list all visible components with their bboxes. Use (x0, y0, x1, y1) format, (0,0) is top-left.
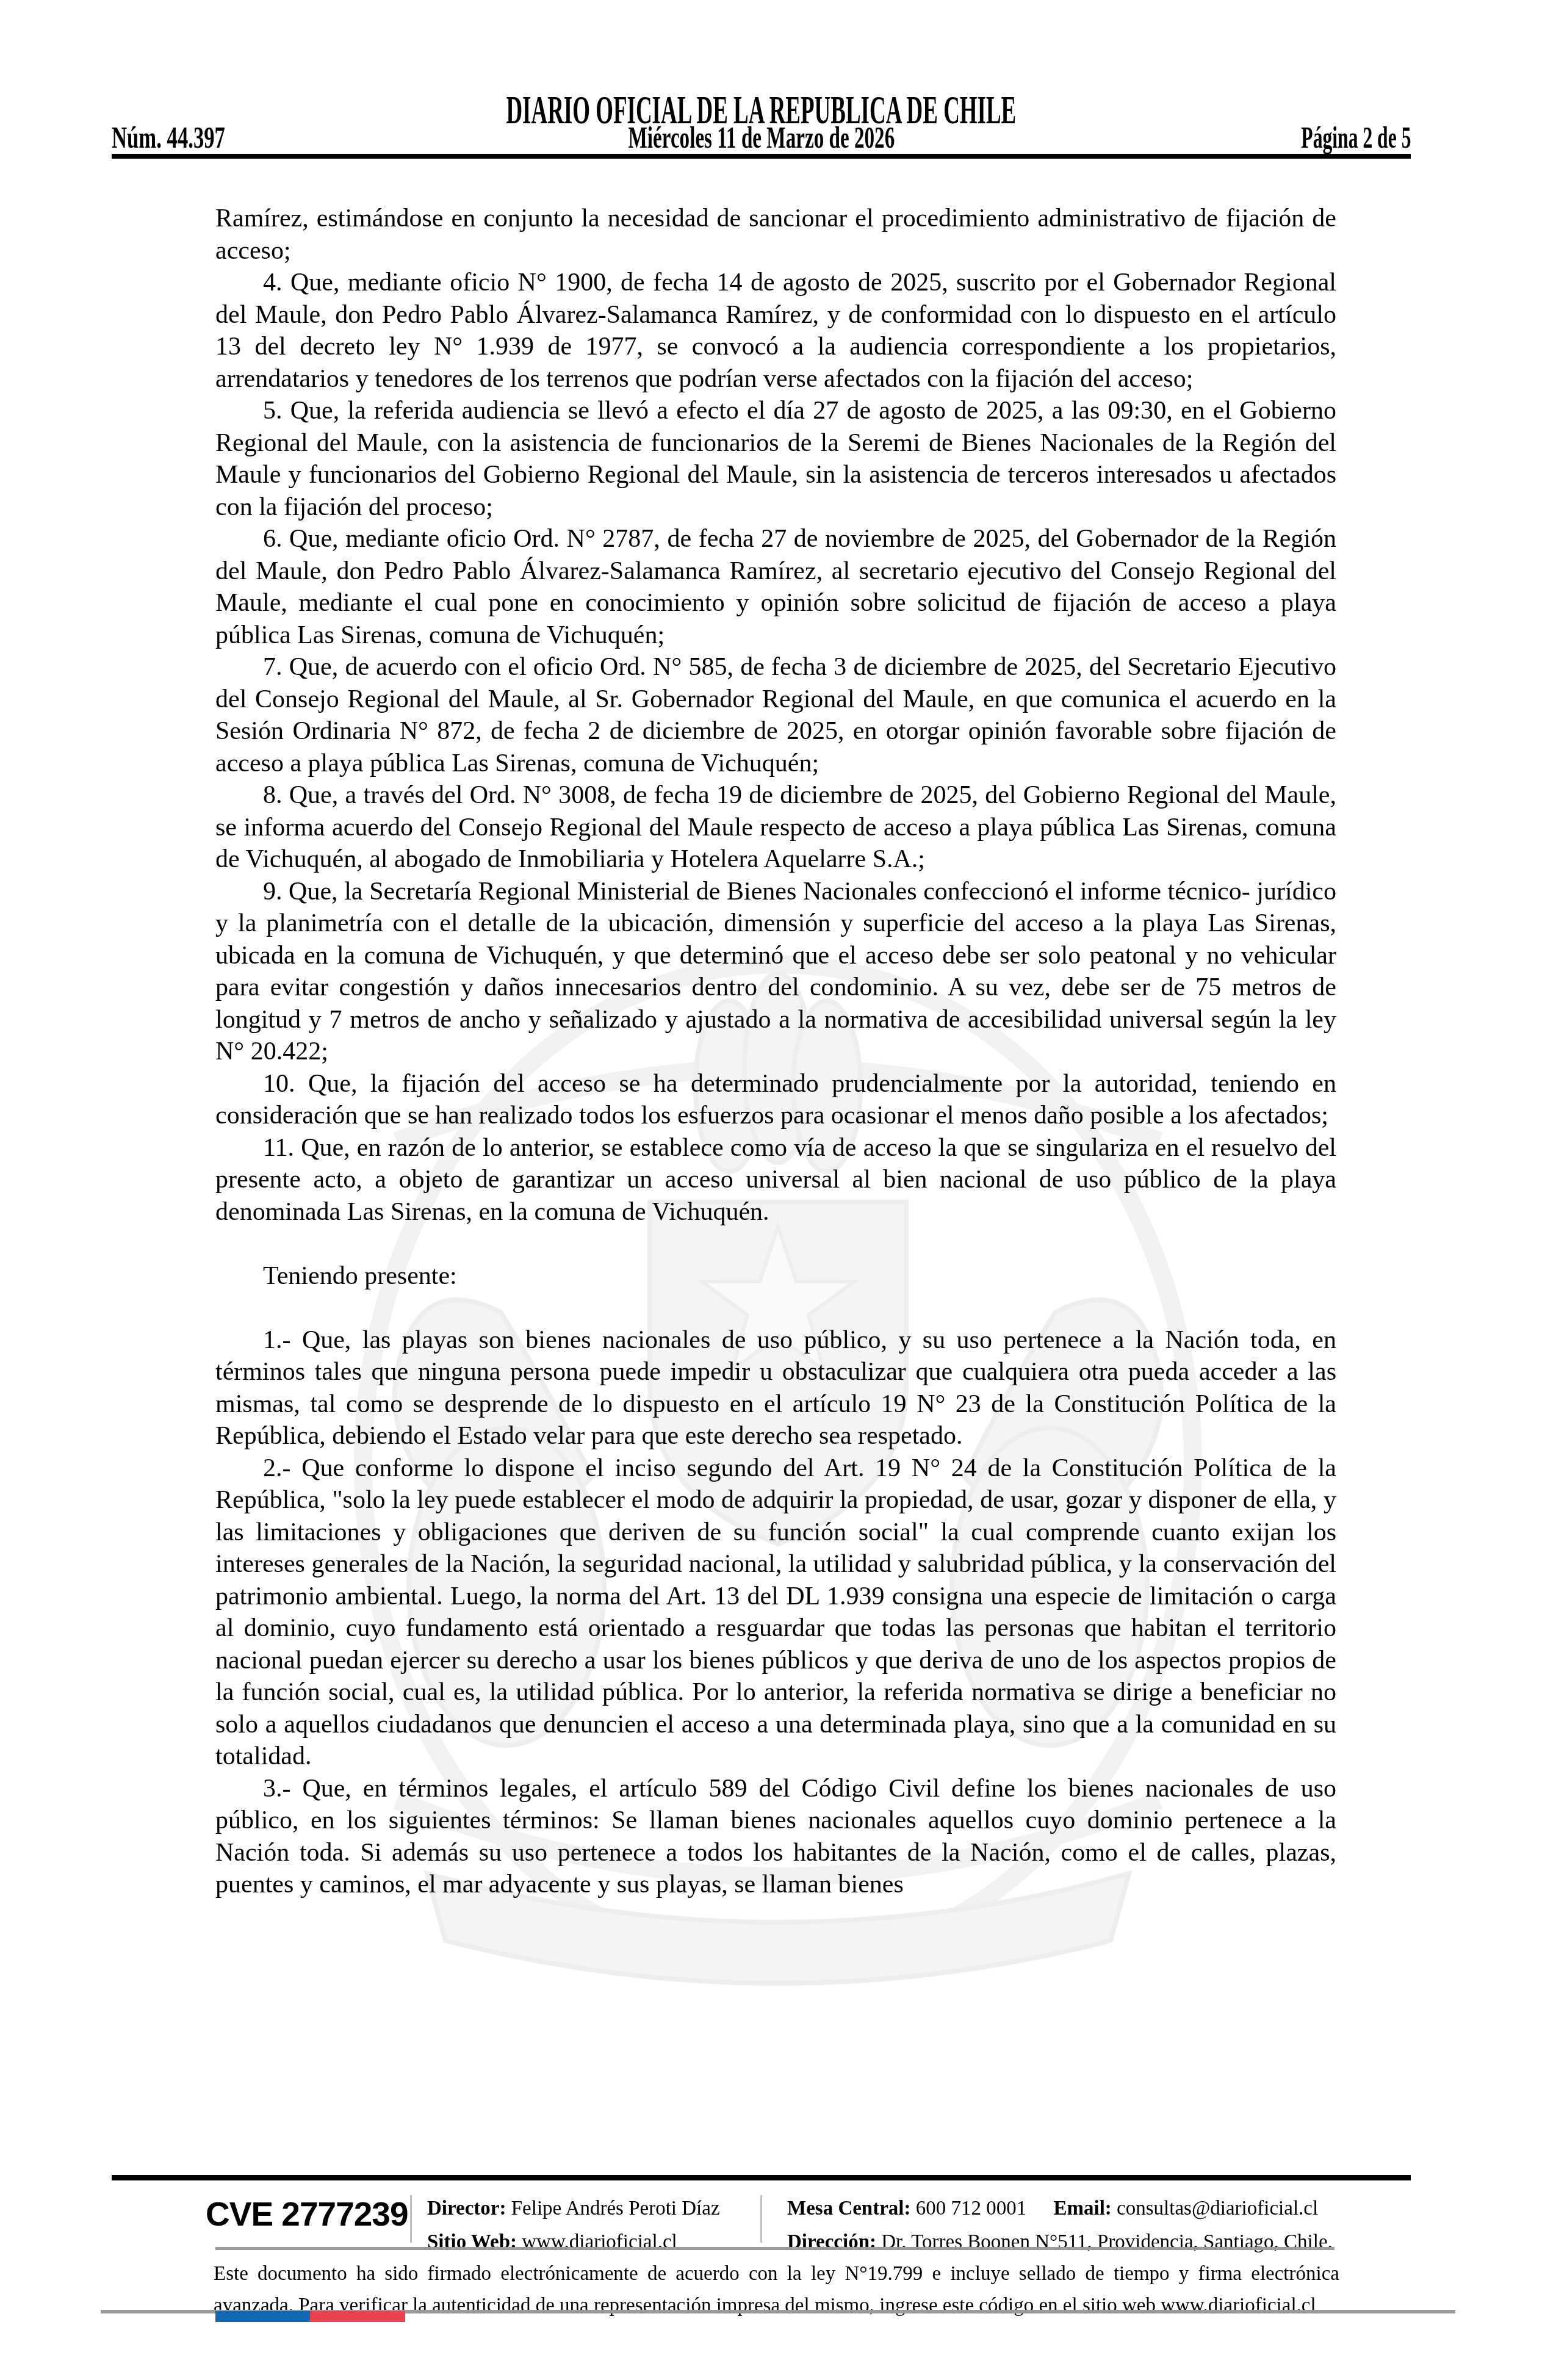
body-paragraph: 7. Que, de acuerdo con el oficio Ord. N°… (215, 651, 1336, 779)
email-value: consultas@diarioficial.cl (1117, 2198, 1318, 2220)
body-paragraph: 1.- Que, las playas son bienes nacionale… (215, 1324, 1336, 1452)
mesa-central-label: Mesa Central: (787, 2198, 911, 2220)
body-paragraph: 9. Que, la Secretaría Regional Ministeri… (215, 876, 1336, 1068)
director-line: Director: Felipe Andrés Peroti Díaz (427, 2192, 720, 2226)
body-paragraph: Ramírez, estimándose en conjunto la nece… (215, 203, 1336, 267)
header-info-row: Núm. 44.397 Miércoles 11 de Marzo de 202… (112, 120, 1411, 156)
page-header: DIARIO OFICIAL DE LA REPUBLICA DE CHILE … (112, 0, 1411, 165)
document-page: DIARIO OFICIAL DE LA REPUBLICA DE CHILE … (0, 0, 1556, 2380)
page-indicator: Página 2 de 5 (1301, 120, 1411, 156)
issue-date-wrap: Miércoles 11 de Marzo de 2026 (112, 120, 1411, 156)
body-paragraph: 10. Que, la fijación del acceso se ha de… (215, 1068, 1336, 1132)
body-paragraph: 6. Que, mediante oficio Ord. N° 2787, de… (215, 523, 1336, 651)
issue-date: Miércoles 11 de Marzo de 2026 (628, 120, 895, 156)
chile-flag-bar-icon (215, 2311, 405, 2322)
section-heading: Teniendo presente: (215, 1260, 1336, 1293)
sitio-web-line: Sitio Web: www.diarioficial.cl (427, 2226, 720, 2259)
direccion-line: Dirección: Dr. Torres Boonen N°511, Prov… (787, 2226, 1333, 2259)
body-paragraph: 5. Que, la referida audiencia se llevó a… (215, 395, 1336, 523)
body-paragraph: 8. Que, a través del Ord. N° 3008, de fe… (215, 779, 1336, 876)
body-paragraph: 4. Que, mediante oficio N° 1900, de fech… (215, 267, 1336, 395)
flag-blue-segment (215, 2311, 310, 2322)
footer-divider (760, 2195, 762, 2243)
cve-code: CVE 2777239 (206, 2194, 408, 2234)
mesa-central-line: Mesa Central: 600 712 0001 Email: consul… (787, 2192, 1333, 2226)
mesa-central-value: 600 712 0001 (916, 2198, 1027, 2220)
footer-gray-rule (215, 2247, 1334, 2250)
footer-divider (410, 2195, 412, 2243)
director-label: Director: (427, 2198, 506, 2220)
footer-rule (112, 2175, 1411, 2180)
director-value: Felipe Andrés Peroti Díaz (511, 2198, 720, 2220)
body-paragraph: 3.- Que, en términos legales, el artícul… (215, 1773, 1336, 1901)
flag-red-segment (310, 2311, 405, 2322)
document-body: Ramírez, estimándose en conjunto la nece… (215, 203, 1336, 1901)
header-rule (112, 154, 1411, 159)
body-paragraph: 11. Que, en razón de lo anterior, se est… (215, 1132, 1336, 1228)
email-label: Email: (1054, 2198, 1112, 2220)
body-paragraph: 2.- Que conforme lo dispone el inciso se… (215, 1452, 1336, 1773)
